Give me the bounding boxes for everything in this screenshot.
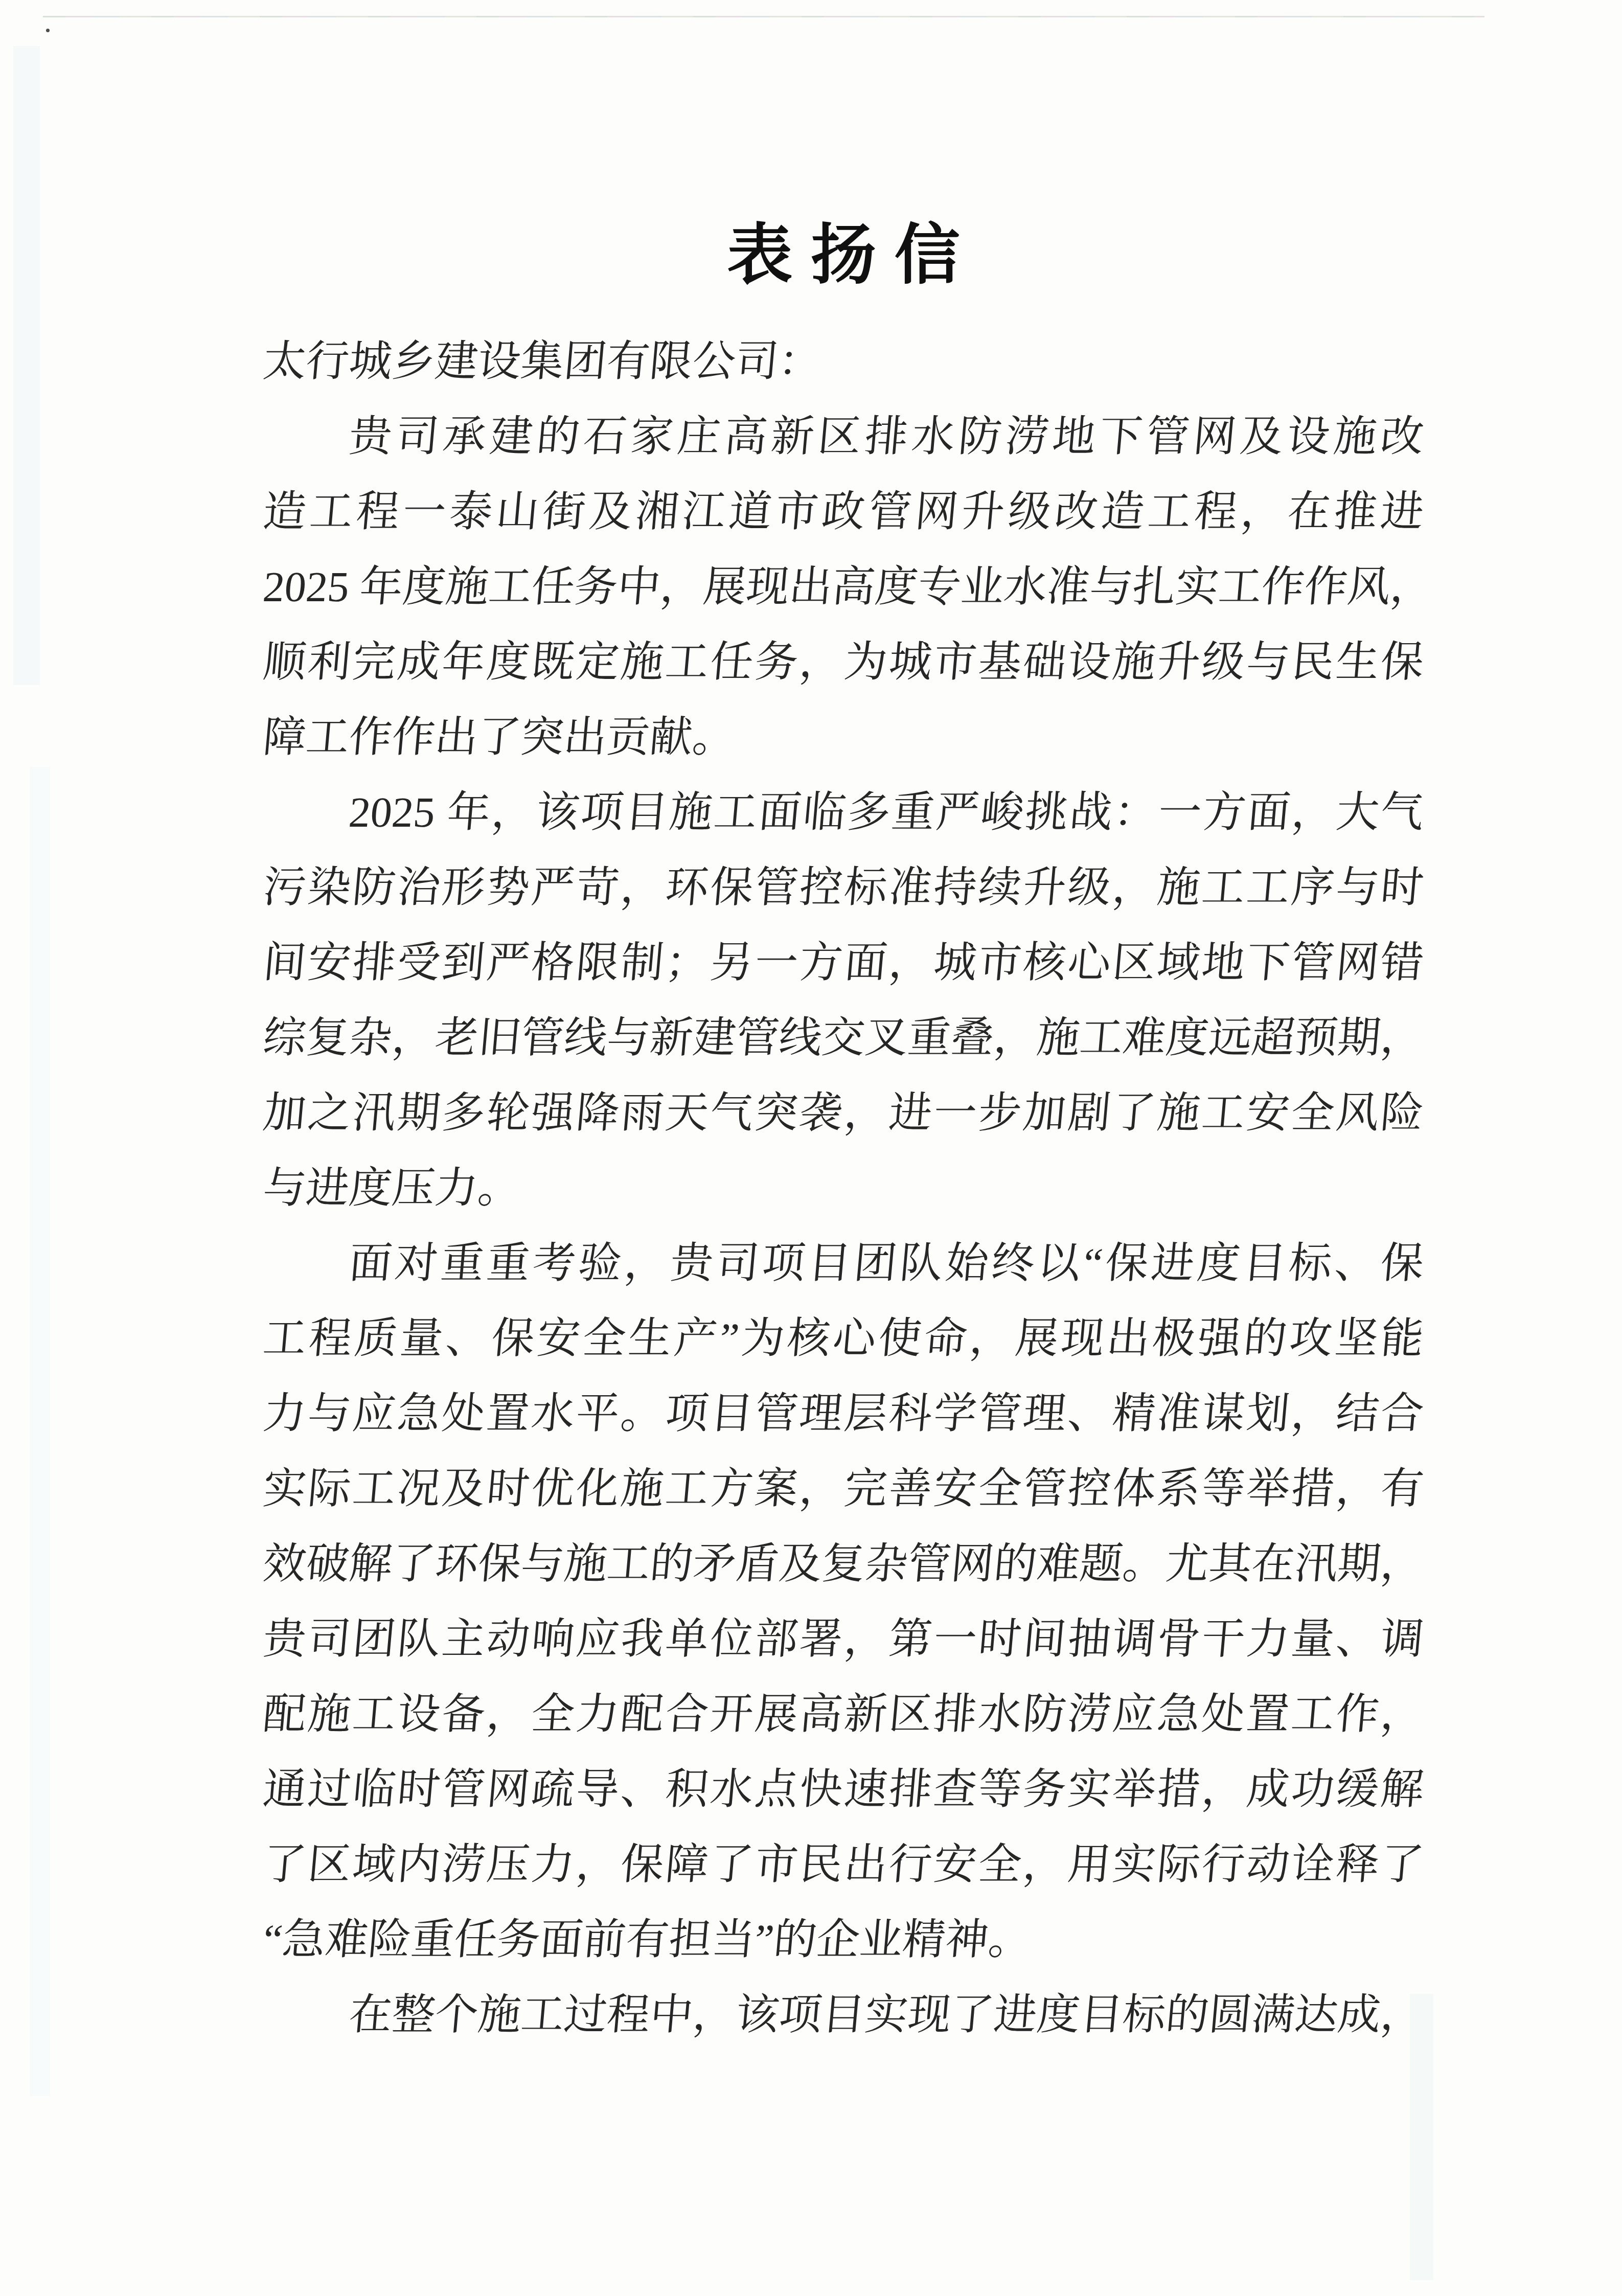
letter-line: 贵司承建的石家庄高新区排水防涝地下管网及设施改 xyxy=(260,399,1427,474)
letter-line: 2025 年度施工任务中，展现出高度专业水准与扎实工作作风， xyxy=(260,550,1427,625)
scan-edge-line-artifact xyxy=(43,16,1484,17)
letter-line: 实际工况及时优化施工方案，完善安全管控体系等举措，有 xyxy=(260,1451,1427,1527)
letter-title: 表扬信 xyxy=(263,220,1424,291)
paragraph-2: 2025 年，该项目施工面临多重严峻挑战：一方面，大气 污染防治形势严苛，环保管… xyxy=(263,775,1424,1226)
letter-line: 在整个施工过程中，该项目实现了进度目标的圆满达成， xyxy=(260,1977,1427,2053)
paragraph-4: 在整个施工过程中，该项目实现了进度目标的圆满达成， xyxy=(263,1977,1424,2053)
letter-line: 污染防治形势严苛，环保管控标准持续升级，施工工序与时 xyxy=(260,850,1427,925)
letter-line: 力与应急处置水平。项目管理层科学管理、精准谋划，结合 xyxy=(260,1376,1427,1451)
scan-dot-artifact xyxy=(46,29,50,32)
scan-streak-artifact xyxy=(13,46,40,685)
letter-line: 加之汛期多轮强降雨天气突袭，进一步加剧了施工安全风险 xyxy=(260,1076,1427,1151)
letter-line: 综复杂，老旧管线与新建管线交叉重叠，施工难度远超预期， xyxy=(260,1001,1427,1076)
letter-line: 贵司团队主动响应我单位部署，第一时间抽调骨干力量、调 xyxy=(260,1602,1427,1677)
letter-line: 2025 年，该项目施工面临多重严峻挑战：一方面，大气 xyxy=(260,775,1427,850)
letter-line: 造工程一泰山街及湘江道市政管网升级改造工程，在推进 xyxy=(260,474,1427,550)
scan-streak-artifact xyxy=(30,767,50,2096)
paragraph-3: 面对重重考验，贵司项目团队始终以“保进度目标、保 工程质量、保安全生产”为核心使… xyxy=(263,1226,1424,1977)
letter-body: 表扬信 太行城乡建设集团有限公司： 贵司承建的石家庄高新区排水防涝地下管网及设施… xyxy=(263,220,1424,2053)
letter-line: 通过临时管网疏导、积水点快速排查等务实举措，成功缓解 xyxy=(260,1752,1427,1827)
letter-line: 障工作作出了突出贡献。 xyxy=(260,700,1427,775)
letter-line: 与进度压力。 xyxy=(260,1151,1427,1226)
letter-line: 了区域内涝压力，保障了市民出行安全，用实际行动诠释了 xyxy=(260,1827,1427,1902)
paragraph-1: 贵司承建的石家庄高新区排水防涝地下管网及设施改 造工程一泰山街及湘江道市政管网升… xyxy=(263,399,1424,775)
letter-line: 间安排受到严格限制；另一方面，城市核心区域地下管网错 xyxy=(260,925,1427,1001)
letter-line: 工程质量、保安全生产”为核心使命，展现出极强的攻坚能 xyxy=(260,1301,1427,1376)
letter-line: 配施工设备，全力配合开展高新区排水防涝应急处置工作， xyxy=(260,1677,1427,1752)
letter-salutation: 太行城乡建设集团有限公司： xyxy=(260,324,1427,399)
letter-line: 顺利完成年度既定施工任务，为城市基础设施升级与民生保 xyxy=(260,625,1427,700)
scanned-letter-page: 表扬信 太行城乡建设集团有限公司： 贵司承建的石家庄高新区排水防涝地下管网及设施… xyxy=(0,0,1622,2296)
letter-line: “急难险重任务面前有担当”的企业精神。 xyxy=(260,1902,1427,1977)
letter-line: 效破解了环保与施工的矛盾及复杂管网的难题。尤其在汛期， xyxy=(260,1527,1427,1602)
letter-line: 面对重重考验，贵司项目团队始终以“保进度目标、保 xyxy=(260,1226,1427,1301)
